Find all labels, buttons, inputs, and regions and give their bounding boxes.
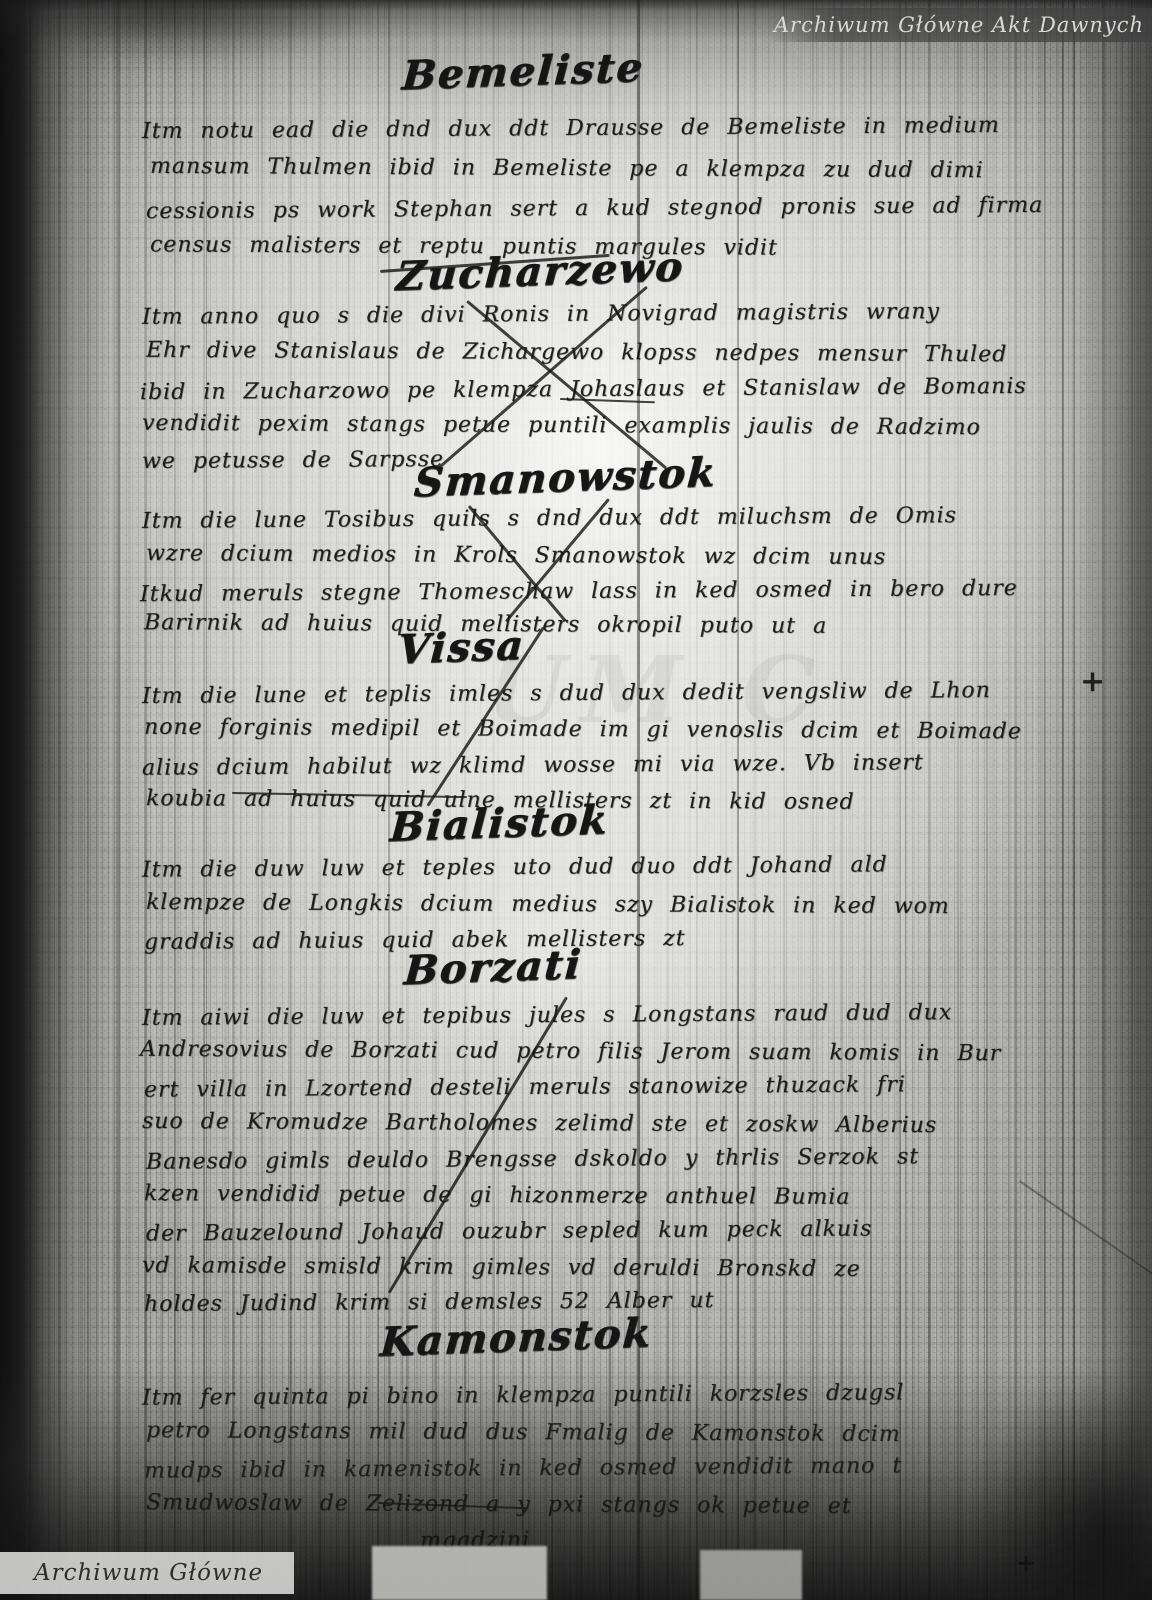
page-tab: [372, 1546, 547, 1600]
archive-stamp-top: Archiwum Główne Akt Dawnych: [766, 8, 1152, 42]
manuscript-scan-page: UM C Bemeliste Itm notu ead die dnd dux …: [0, 0, 1152, 1600]
page-tab: [700, 1550, 802, 1600]
vignette: [0, 0, 1152, 1600]
archive-stamp-bottom: Archiwum Główne Akt Dawnych: [0, 1552, 294, 1594]
